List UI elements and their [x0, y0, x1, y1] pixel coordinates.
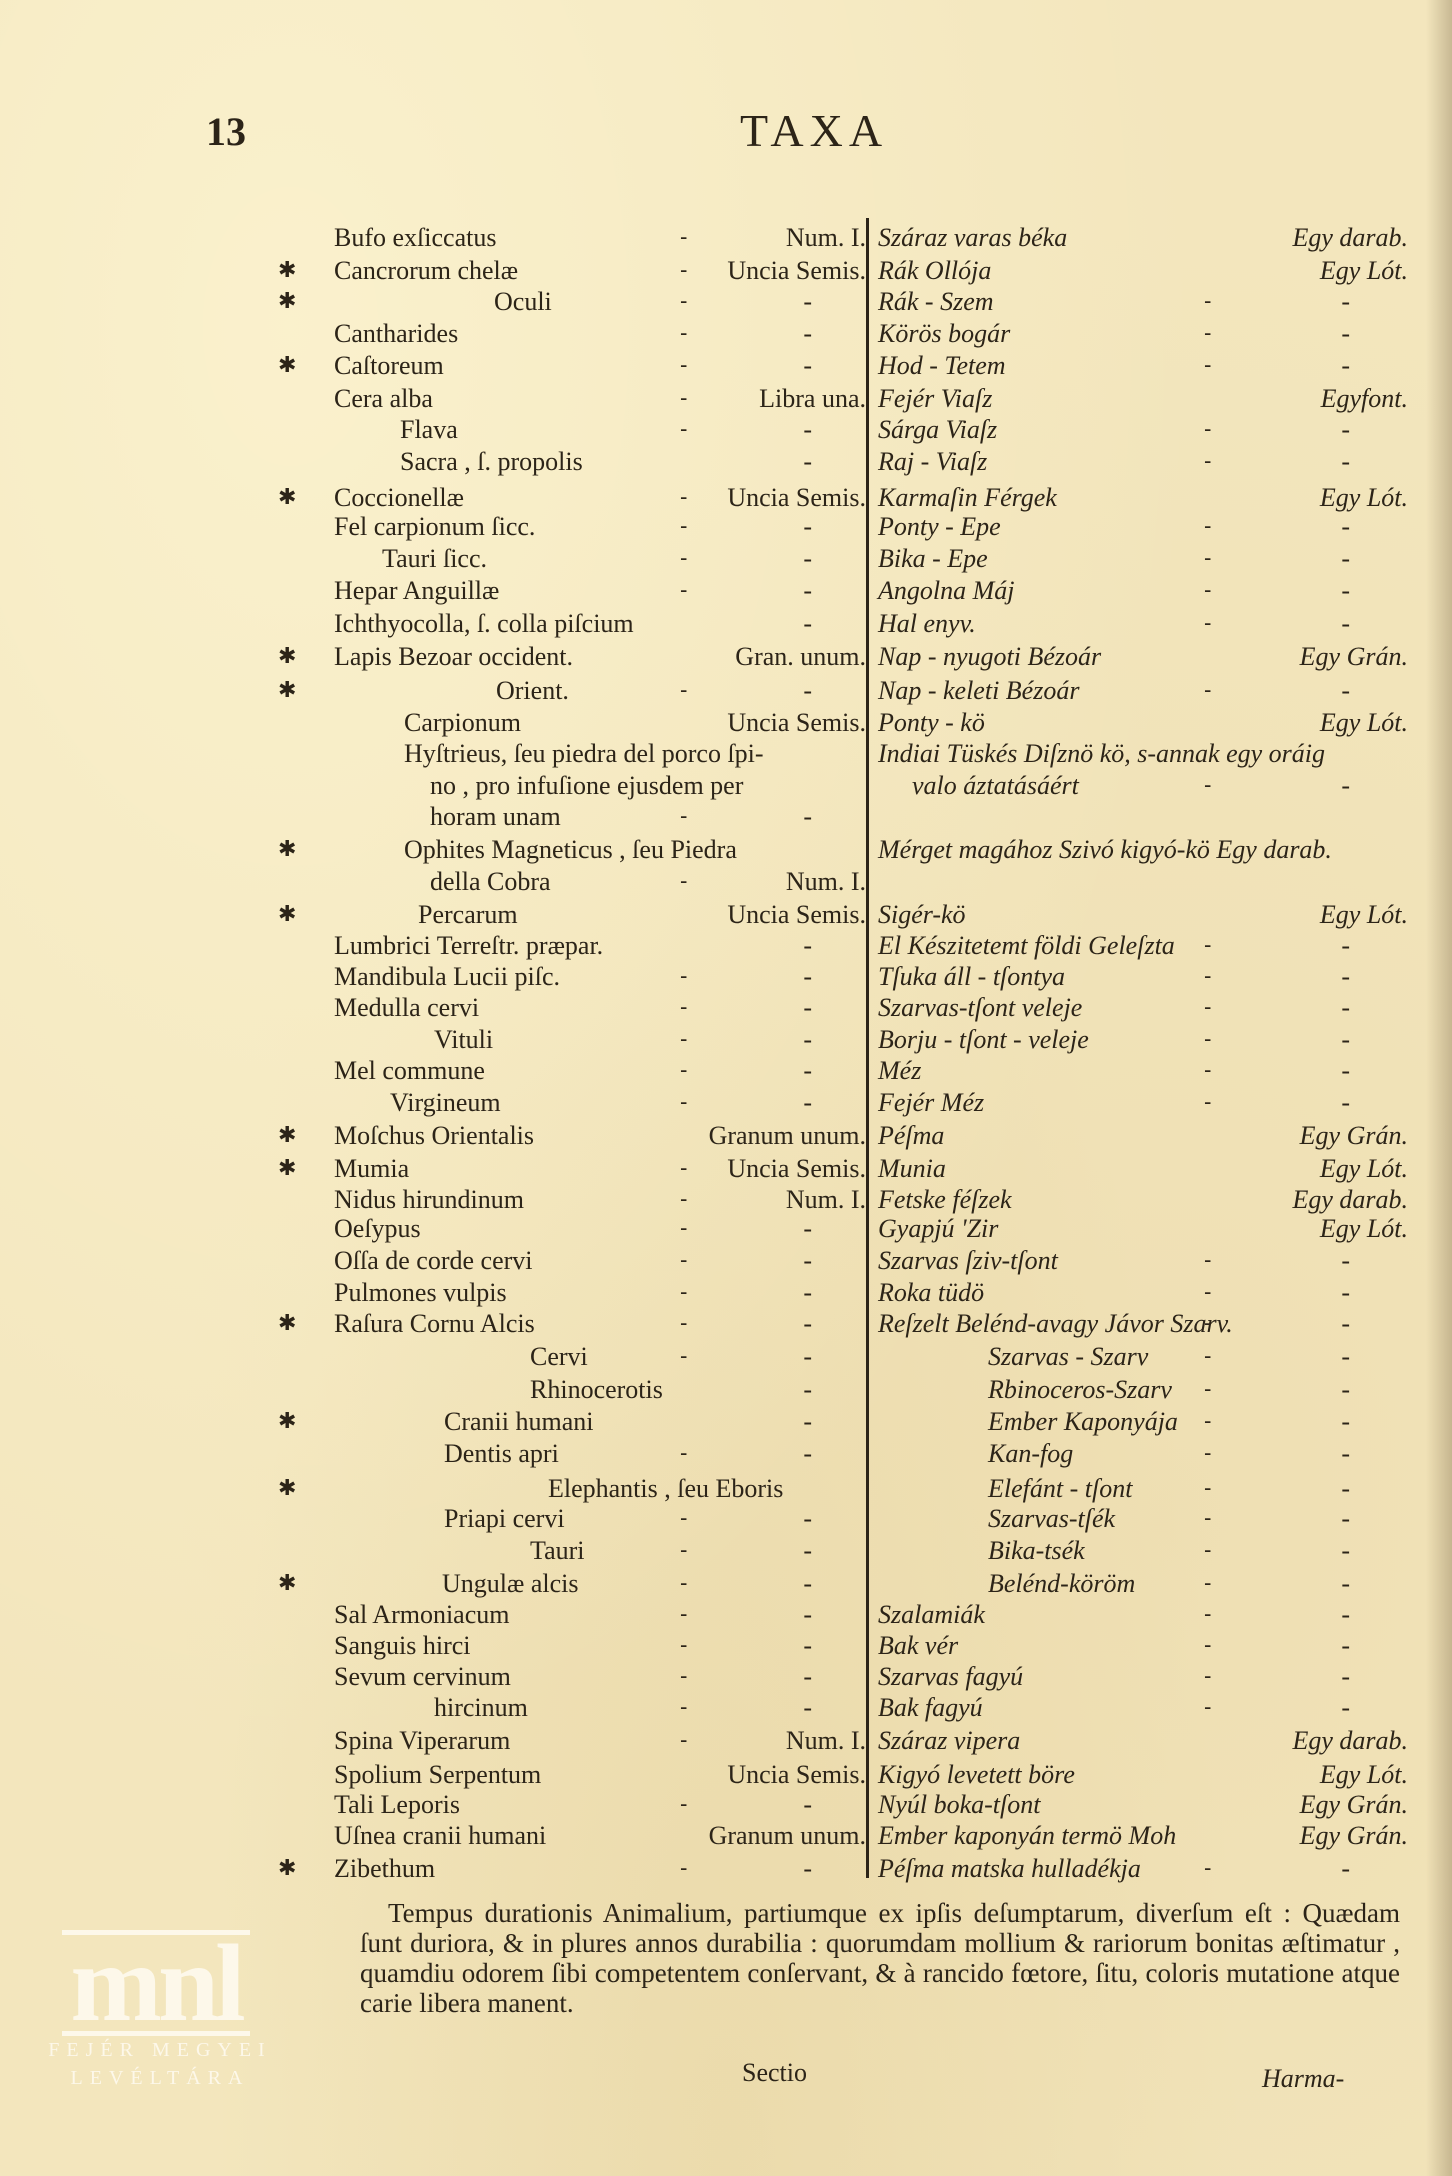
- latin-entry: no , pro infuſione ejusdem per: [430, 770, 743, 802]
- latin-entry: Mumia: [334, 1153, 409, 1185]
- hungarian-entry: Angolna Máj: [878, 575, 1015, 607]
- hungarian-quantity: -: [1341, 1503, 1350, 1535]
- asterisk-marker-icon: ✱: [278, 286, 296, 318]
- durability-note: Tempus durationis Animalium, partiumque …: [360, 1898, 1400, 2018]
- catchword-sectio: Sectio: [742, 2058, 807, 2088]
- leader-dash: -: [680, 1024, 687, 1056]
- leader-dash: -: [680, 1213, 687, 1245]
- leader-dash: -: [1204, 1277, 1211, 1309]
- latin-quantity: -: [803, 318, 812, 350]
- latin-quantity: -: [803, 286, 812, 318]
- asterisk-marker-icon: ✱: [278, 834, 296, 866]
- latin-quantity: -: [803, 1853, 812, 1885]
- latin-quantity: -: [803, 1630, 812, 1662]
- latin-entry: Hyſtrieus, ſeu piedra del porco ſpi-: [404, 738, 764, 770]
- latin-entry: Moſchus Orientalis: [334, 1120, 534, 1152]
- hungarian-quantity: -: [1341, 1535, 1350, 1567]
- leader-dash: -: [1204, 1438, 1211, 1470]
- hungarian-entry: Nyúl boka-tſont: [878, 1789, 1040, 1821]
- leader-dash: -: [680, 255, 687, 287]
- hungarian-entry: Belénd-köröm: [988, 1568, 1135, 1600]
- hungarian-quantity: -: [1341, 575, 1350, 607]
- latin-quantity: -: [803, 575, 812, 607]
- latin-entry: Cranii humani: [444, 1406, 593, 1438]
- asterisk-marker-icon: ✱: [278, 899, 296, 931]
- latin-quantity: -: [803, 414, 812, 446]
- leader-dash: -: [680, 1308, 687, 1340]
- hungarian-entry: Fetske féſzek: [878, 1184, 1012, 1216]
- leader-dash: -: [680, 414, 687, 446]
- hungarian-quantity: -: [1341, 1406, 1350, 1438]
- running-title: TAXA: [740, 104, 888, 157]
- hungarian-quantity: Egy Lót.: [1320, 482, 1408, 514]
- hungarian-entry: El Késziteteтt földi Geleſzta: [878, 930, 1175, 962]
- latin-quantity: Uncia Semis.: [727, 482, 866, 514]
- latin-entry: Orient.: [496, 675, 569, 707]
- leader-dash: -: [1204, 1024, 1211, 1056]
- leader-dash: -: [1204, 1374, 1211, 1406]
- asterisk-marker-icon: ✱: [278, 675, 296, 707]
- leader-dash: -: [1204, 414, 1211, 446]
- leader-dash: -: [1204, 1245, 1211, 1277]
- hungarian-quantity: -: [1341, 318, 1350, 350]
- latin-entry: Sacra , ſ. propolis: [400, 446, 583, 478]
- latin-quantity: -: [803, 1692, 812, 1724]
- hungarian-quantity: Egy Lót.: [1320, 255, 1408, 287]
- latin-entry: Sal Armoniacum: [334, 1599, 509, 1631]
- leader-dash: -: [680, 1438, 687, 1470]
- hungarian-quantity: Egy darab.: [1292, 222, 1408, 254]
- hungarian-quantity: -: [1341, 675, 1350, 707]
- column-divider: [866, 218, 869, 1878]
- latin-quantity: Uncia Semis.: [727, 255, 866, 287]
- latin-quantity: -: [803, 1599, 812, 1631]
- hungarian-entry: Ember kaponyán termö Moh: [878, 1820, 1176, 1852]
- latin-entry: Lumbrici Terreſtr. præpar.: [334, 930, 603, 962]
- hungarian-entry: Tſuka áll - tſontya: [878, 961, 1065, 993]
- leader-dash: -: [1204, 1473, 1211, 1505]
- hungarian-entry: Ponty - kö: [878, 707, 985, 739]
- hungarian-entry: Péſma: [878, 1120, 944, 1152]
- latin-entry: Virgineum: [390, 1087, 501, 1119]
- leader-dash: -: [1204, 1055, 1211, 1087]
- latin-entry: Cantharides: [334, 318, 458, 350]
- leader-dash: -: [1204, 675, 1211, 707]
- hungarian-quantity: -: [1341, 961, 1350, 993]
- latin-quantity: Num. I.: [786, 222, 866, 254]
- latin-entry: Carpionum: [404, 707, 521, 739]
- hungarian-quantity: Egy Lót.: [1320, 899, 1408, 931]
- hungarian-entry: Borju - tſont - veleje: [878, 1024, 1089, 1056]
- hungarian-quantity: -: [1341, 1341, 1350, 1373]
- hungarian-quantity: -: [1341, 511, 1350, 543]
- hungarian-quantity: -: [1341, 930, 1350, 962]
- archive-watermark: mnl FEJÉR MEGYEI LEVÉLTÁRA: [40, 1930, 280, 2092]
- latin-quantity: -: [803, 1213, 812, 1245]
- leader-dash: -: [680, 1692, 687, 1724]
- hungarian-entry: Indiai Tüskés Diſznö kö, s-annak egy orá…: [878, 738, 1325, 770]
- leader-dash: -: [680, 801, 687, 833]
- latin-quantity: -: [803, 1341, 812, 1373]
- hungarian-entry: Szarvas fagyú: [878, 1661, 1023, 1693]
- asterisk-marker-icon: ✱: [278, 482, 296, 514]
- latin-entry: Elephantis , ſeu Eboris: [548, 1473, 783, 1505]
- hungarian-quantity: Egy Grán.: [1300, 1789, 1408, 1821]
- leader-dash: -: [1204, 1661, 1211, 1693]
- watermark-line-2: LEVÉLTÁRA: [40, 2064, 280, 2092]
- latin-entry: Tauri: [530, 1535, 585, 1567]
- latin-entry: hircinum: [434, 1692, 528, 1724]
- hungarian-entry: Nap - keleti Bézoár: [878, 675, 1079, 707]
- latin-quantity: -: [803, 1406, 812, 1438]
- latin-quantity: -: [803, 543, 812, 575]
- leader-dash: -: [680, 1661, 687, 1693]
- latin-entry: Mel commune: [334, 1055, 485, 1087]
- leader-dash: -: [1204, 770, 1211, 802]
- latin-entry: Priapi cervi: [444, 1503, 565, 1535]
- latin-entry: Caſtoreum: [334, 350, 444, 382]
- leader-dash: -: [1204, 961, 1211, 993]
- leader-dash: -: [680, 1087, 687, 1119]
- latin-quantity: -: [803, 801, 812, 833]
- hungarian-quantity: -: [1341, 1438, 1350, 1470]
- leader-dash: -: [1204, 318, 1211, 350]
- hungarian-quantity: Egy Lót.: [1320, 1213, 1408, 1245]
- page-edge-shadow: [1426, 0, 1452, 2176]
- latin-quantity: -: [803, 1535, 812, 1567]
- latin-quantity: -: [803, 446, 812, 478]
- hungarian-entry: Roka tüdö: [878, 1277, 984, 1309]
- latin-quantity: -: [803, 1789, 812, 1821]
- hungarian-quantity: -: [1341, 992, 1350, 1024]
- asterisk-marker-icon: ✱: [278, 255, 296, 287]
- leader-dash: -: [1204, 1503, 1211, 1535]
- leader-dash: -: [1204, 1341, 1211, 1373]
- hungarian-quantity: -: [1341, 1630, 1350, 1662]
- hungarian-quantity: -: [1341, 1087, 1350, 1119]
- latin-quantity: Libra una.: [759, 383, 866, 415]
- asterisk-marker-icon: ✱: [278, 1153, 296, 1185]
- hungarian-entry: Rák Ollója: [878, 255, 991, 287]
- leader-dash: -: [680, 961, 687, 993]
- leader-dash: -: [1204, 1599, 1211, 1631]
- latin-entry: Sevum cervinum: [334, 1661, 511, 1693]
- leader-dash: -: [1204, 992, 1211, 1024]
- latin-entry: Ichthyocolla, ſ. colla piſcium: [334, 608, 634, 640]
- latin-quantity: -: [803, 675, 812, 707]
- leader-dash: -: [680, 1277, 687, 1309]
- hungarian-entry: Méz: [878, 1055, 921, 1087]
- latin-entry: Percarum: [418, 899, 518, 931]
- hungarian-entry: Elefánt - tſont: [988, 1473, 1132, 1505]
- hungarian-entry: Karmaſin Férgek: [878, 482, 1057, 514]
- latin-quantity: -: [803, 1568, 812, 1600]
- hungarian-entry: Kan-fog: [988, 1438, 1073, 1470]
- asterisk-marker-icon: ✱: [278, 1853, 296, 1885]
- page-number: 13: [206, 108, 246, 155]
- hungarian-quantity: -: [1341, 1853, 1350, 1885]
- hungarian-entry: Bak vér: [878, 1630, 958, 1662]
- latin-quantity: -: [803, 1024, 812, 1056]
- hungarian-quantity: Egy Grán.: [1300, 641, 1408, 673]
- latin-quantity: Granum unum.: [709, 1820, 866, 1852]
- latin-entry: della Cobra: [430, 866, 551, 898]
- latin-entry: Cancrorum chelæ: [334, 255, 518, 287]
- asterisk-marker-icon: ✱: [278, 1406, 296, 1438]
- leader-dash: -: [1204, 1692, 1211, 1724]
- hungarian-quantity: Egy Grán.: [1300, 1120, 1408, 1152]
- hungarian-entry: Fejér Méz: [878, 1087, 984, 1119]
- latin-entry: Medulla cervi: [334, 992, 479, 1024]
- hungarian-entry: Péſma matska hulladékja: [878, 1853, 1141, 1885]
- latin-entry: Hepar Anguillæ: [334, 575, 499, 607]
- hungarian-quantity: Egy Lót.: [1320, 707, 1408, 739]
- latin-quantity: -: [803, 1308, 812, 1340]
- asterisk-marker-icon: ✱: [278, 641, 296, 673]
- hungarian-quantity: -: [1341, 1473, 1350, 1505]
- hungarian-quantity: Egy Grán.: [1300, 1820, 1408, 1852]
- latin-entry: Nidus hirundinum: [334, 1184, 524, 1216]
- hungarian-quantity: -: [1341, 1661, 1350, 1693]
- hungarian-entry: Rák - Szem: [878, 286, 994, 318]
- hungarian-quantity: -: [1341, 1245, 1350, 1277]
- latin-entry: Pulmones vulpis: [334, 1277, 507, 1309]
- latin-entry: horam unam: [430, 801, 561, 833]
- leader-dash: -: [1204, 350, 1211, 382]
- latin-entry: Uſnea cranii humani: [334, 1820, 546, 1852]
- hungarian-entry: Gyapjú 'Zir: [878, 1213, 998, 1245]
- leader-dash: -: [680, 575, 687, 607]
- hungarian-entry: Nap - nyugoti Bézoár: [878, 641, 1101, 673]
- leader-dash: -: [1204, 575, 1211, 607]
- catchword-harma: Harma-: [1262, 2064, 1344, 2094]
- latin-quantity: Gran. unum.: [735, 641, 866, 673]
- hungarian-quantity: -: [1341, 286, 1350, 318]
- latin-entry: Fel carpionum ſicc.: [334, 511, 535, 543]
- hungarian-quantity: -: [1341, 350, 1350, 382]
- latin-quantity: Uncia Semis.: [727, 899, 866, 931]
- latin-entry: Coccionellæ: [334, 482, 464, 514]
- hungarian-entry: Ponty - Epe: [878, 511, 1001, 543]
- leader-dash: -: [1204, 1308, 1211, 1340]
- hungarian-quantity: Egy darab.: [1292, 1184, 1408, 1216]
- hungarian-entry: Szalamiák: [878, 1599, 985, 1631]
- latin-quantity: Uncia Semis.: [727, 707, 866, 739]
- hungarian-entry: Száraz varas béka: [878, 222, 1067, 254]
- leader-dash: -: [680, 1568, 687, 1600]
- latin-entry: Bufo exſiccatus: [334, 222, 496, 254]
- latin-quantity: Num. I.: [786, 866, 866, 898]
- leader-dash: -: [1204, 286, 1211, 318]
- hungarian-quantity: -: [1341, 608, 1350, 640]
- latin-entry: Cervi: [530, 1341, 588, 1373]
- hungarian-quantity: -: [1341, 414, 1350, 446]
- hungarian-quantity: -: [1341, 1374, 1350, 1406]
- latin-quantity: Num. I.: [786, 1184, 866, 1216]
- leader-dash: -: [680, 1535, 687, 1567]
- latin-entry: Cera alba: [334, 383, 433, 415]
- latin-quantity: -: [803, 1055, 812, 1087]
- latin-quantity: -: [803, 511, 812, 543]
- latin-entry: Dentis apri: [444, 1438, 559, 1470]
- latin-entry: Spina Viperarum: [334, 1725, 510, 1757]
- latin-entry: Oſſa de corde cervi: [334, 1245, 533, 1277]
- hungarian-entry: Szarvas-tſék: [988, 1503, 1115, 1535]
- leader-dash: -: [1204, 1630, 1211, 1662]
- hungarian-quantity: Egy Lót.: [1320, 1759, 1408, 1791]
- latin-entry: Ungulæ alcis: [442, 1568, 579, 1600]
- hungarian-quantity: Egy darab.: [1292, 1725, 1408, 1757]
- leader-dash: -: [680, 222, 687, 254]
- latin-entry: Tauri ſicc.: [382, 543, 487, 575]
- leader-dash: -: [680, 1184, 687, 1216]
- latin-quantity: -: [803, 992, 812, 1024]
- hungarian-entry: Ember Kaponyája: [988, 1406, 1178, 1438]
- asterisk-marker-icon: ✱: [278, 350, 296, 382]
- leader-dash: -: [1204, 1853, 1211, 1885]
- latin-entry: Tali Leporis: [334, 1789, 460, 1821]
- leader-dash: -: [680, 1341, 687, 1373]
- leader-dash: -: [680, 1599, 687, 1631]
- latin-entry: Mandibula Lucii piſc.: [334, 961, 560, 993]
- latin-quantity: Num. I.: [786, 1725, 866, 1757]
- hungarian-entry: Bika - Epe: [878, 543, 988, 575]
- latin-quantity: -: [803, 1661, 812, 1693]
- latin-quantity: -: [803, 608, 812, 640]
- hungarian-quantity: -: [1341, 1308, 1350, 1340]
- leader-dash: -: [680, 675, 687, 707]
- hungarian-entry: Sárga Viaſz: [878, 414, 997, 446]
- leader-dash: -: [680, 1055, 687, 1087]
- hungarian-quantity: -: [1341, 1568, 1350, 1600]
- hungarian-entry: Száraz vipera: [878, 1725, 1020, 1757]
- hungarian-entry: Szarvas-tſont veleje: [878, 992, 1082, 1024]
- hungarian-quantity: -: [1341, 1692, 1350, 1724]
- latin-entry: Oeſypus: [334, 1213, 421, 1245]
- latin-quantity: -: [803, 1277, 812, 1309]
- hungarian-quantity: -: [1341, 446, 1350, 478]
- latin-quantity: -: [803, 961, 812, 993]
- latin-entry: Zibethum: [334, 1853, 435, 1885]
- leader-dash: -: [680, 1245, 687, 1277]
- latin-entry: Vituli: [434, 1024, 493, 1056]
- hungarian-quantity: -: [1341, 1024, 1350, 1056]
- latin-quantity: Uncia Semis.: [727, 1759, 866, 1791]
- hungarian-entry: Hal enyv.: [878, 608, 976, 640]
- leader-dash: -: [680, 318, 687, 350]
- latin-entry: Rhinocerotis: [530, 1374, 663, 1406]
- hungarian-quantity: -: [1341, 770, 1350, 802]
- leader-dash: -: [680, 1853, 687, 1885]
- leader-dash: -: [1204, 1406, 1211, 1438]
- hungarian-entry: Körös bogár: [878, 318, 1010, 350]
- leader-dash: -: [1204, 1087, 1211, 1119]
- leader-dash: -: [680, 350, 687, 382]
- hungarian-quantity: -: [1341, 543, 1350, 575]
- latin-quantity: -: [803, 1503, 812, 1535]
- leader-dash: -: [680, 286, 687, 318]
- leader-dash: -: [1204, 930, 1211, 962]
- latin-entry: Sanguis hirci: [334, 1630, 471, 1662]
- leader-dash: -: [680, 511, 687, 543]
- leader-dash: -: [680, 1725, 687, 1757]
- latin-quantity: -: [803, 1087, 812, 1119]
- leader-dash: -: [680, 383, 687, 415]
- leader-dash: -: [680, 1153, 687, 1185]
- hungarian-entry: Bika-tsék: [988, 1535, 1085, 1567]
- hungarian-entry: Szarvas - Szarv: [988, 1341, 1148, 1373]
- latin-quantity: -: [803, 930, 812, 962]
- latin-quantity: -: [803, 350, 812, 382]
- hungarian-entry: Munia: [878, 1153, 946, 1185]
- watermark-line-1: FEJÉR MEGYEI: [40, 2036, 280, 2064]
- leader-dash: -: [680, 1789, 687, 1821]
- hungarian-entry: Mérget magához Szivó kigyó-kö Egy darab.: [878, 834, 1332, 866]
- latin-quantity: Uncia Semis.: [727, 1153, 866, 1185]
- leader-dash: -: [680, 543, 687, 575]
- hungarian-entry: Sigér-kö: [878, 899, 966, 931]
- leader-dash: -: [680, 992, 687, 1024]
- leader-dash: -: [1204, 511, 1211, 543]
- hungarian-entry: Szarvas ſziv-tſont: [878, 1245, 1058, 1277]
- leader-dash: -: [1204, 608, 1211, 640]
- latin-quantity: -: [803, 1245, 812, 1277]
- leader-dash: -: [1204, 1535, 1211, 1567]
- hungarian-entry: Hod - Tetem: [878, 350, 1006, 382]
- latin-quantity: -: [803, 1438, 812, 1470]
- asterisk-marker-icon: ✱: [278, 1308, 296, 1340]
- latin-entry: Ophites Magneticus , ſeu Piedra: [404, 834, 737, 866]
- mnl-logo-icon: mnl: [62, 1930, 250, 2036]
- latin-entry: Flava: [400, 414, 458, 446]
- leader-dash: -: [1204, 446, 1211, 478]
- leader-dash: -: [680, 482, 687, 514]
- hungarian-entry: Kigyó levetett böre: [878, 1759, 1075, 1791]
- latin-entry: Raſura Cornu Alcis: [334, 1308, 535, 1340]
- leader-dash: -: [1204, 1568, 1211, 1600]
- hungarian-entry: Rbinoceros-Szarv: [988, 1374, 1172, 1406]
- asterisk-marker-icon: ✱: [278, 1568, 296, 1600]
- latin-entry: Spolium Serpentum: [334, 1759, 541, 1791]
- leader-dash: -: [680, 1503, 687, 1535]
- leader-dash: -: [1204, 543, 1211, 575]
- asterisk-marker-icon: ✱: [278, 1473, 296, 1505]
- leader-dash: -: [680, 866, 687, 898]
- latin-quantity: -: [803, 1374, 812, 1406]
- hungarian-entry: Fejér Viaſz: [878, 383, 992, 415]
- asterisk-marker-icon: ✱: [278, 1120, 296, 1152]
- latin-entry: Oculi: [494, 286, 552, 318]
- hungarian-entry: Raj - Viaſz: [878, 446, 987, 478]
- hungarian-quantity: -: [1341, 1599, 1350, 1631]
- hungarian-entry: Reſzelt Belénd-avagy Jávor Szarv.: [878, 1308, 1233, 1340]
- hungarian-quantity: -: [1341, 1055, 1350, 1087]
- leader-dash: -: [680, 1630, 687, 1662]
- hungarian-quantity: Egy Lót.: [1320, 1153, 1408, 1185]
- latin-quantity: Granum unum.: [709, 1120, 866, 1152]
- hungarian-entry: Bak fagyú: [878, 1692, 983, 1724]
- hungarian-entry: valo áztatásáért: [912, 770, 1079, 802]
- latin-entry: Lapis Bezoar occident.: [334, 641, 573, 673]
- hungarian-quantity: -: [1341, 1277, 1350, 1309]
- hungarian-quantity: Egyfont.: [1321, 383, 1408, 415]
- note-paragraph: Tempus durationis Animalium, partiumque …: [360, 1898, 1400, 2018]
